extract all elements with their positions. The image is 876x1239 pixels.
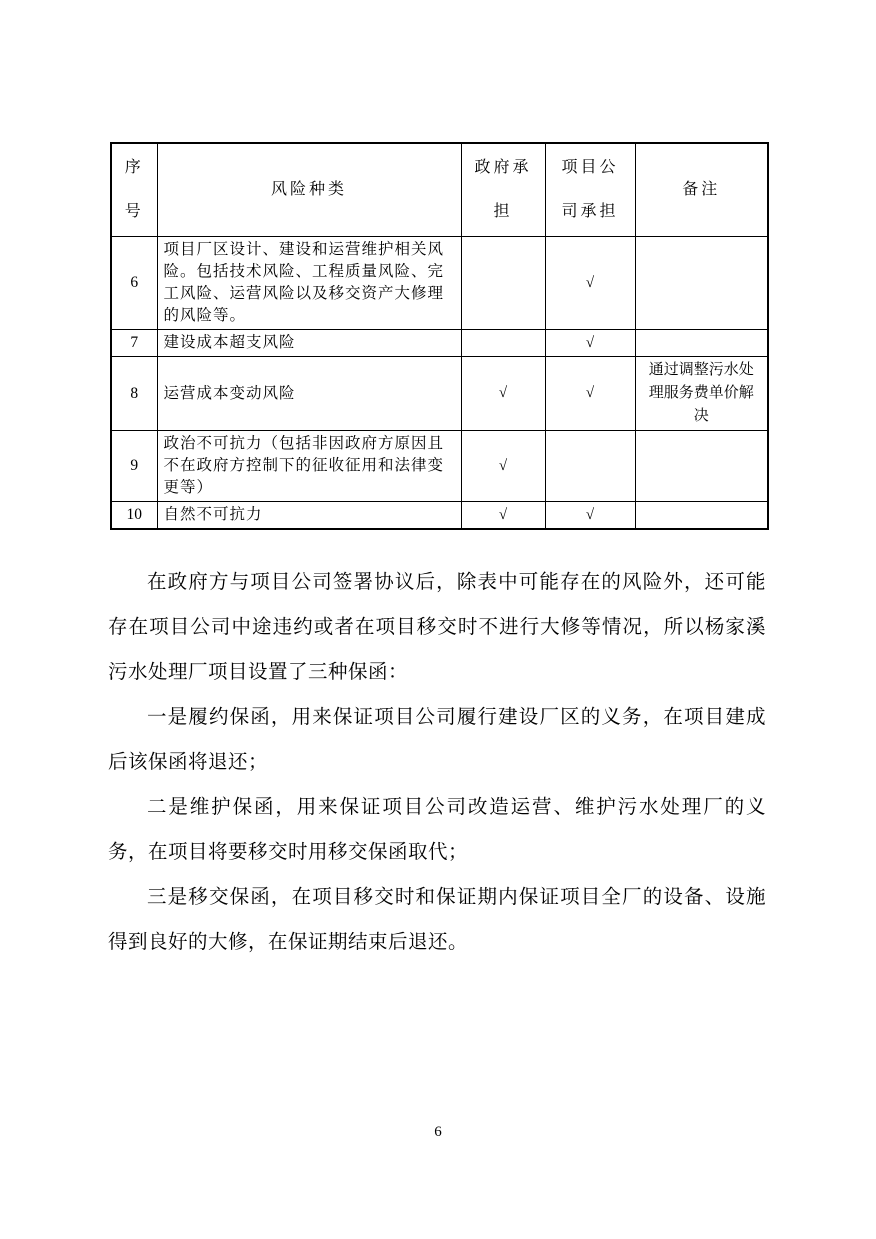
remarks-cell	[635, 431, 768, 502]
paragraph-performance-bond: 一是履约保函，用来保证项目公司履行建设厂区的义务，在项目建成后该保函将退还；	[108, 695, 766, 785]
company-bears-cell: √	[545, 357, 635, 431]
body-text: 在政府方与项目公司签署协议后，除表中可能存在的风险外，还可能存在项目公司中途违约…	[108, 560, 766, 965]
table-row: 7 建设成本超支风险 √	[111, 330, 768, 357]
col-header-government-bears: 政府承担	[461, 143, 545, 237]
government-bears-cell	[461, 237, 545, 330]
paragraph-handover-bond: 三是移交保函，在项目移交时和保证期内保证项目全厂的设备、设施得到良好的大修，在保…	[108, 875, 766, 965]
row-number-cell: 6	[111, 237, 157, 330]
paragraph-intro: 在政府方与项目公司签署协议后，除表中可能存在的风险外，还可能存在项目公司中途违约…	[108, 560, 766, 695]
table-row: 6 项目厂区设计、建设和运营维护相关风险。包括技术风险、工程质量风险、完工风险、…	[111, 237, 768, 330]
col-header-risk-type: 风险种类	[157, 143, 461, 237]
risk-type-cell: 运营成本变动风险	[157, 357, 461, 431]
government-bears-cell: √	[461, 431, 545, 502]
table-row: 10 自然不可抗力 √ √	[111, 502, 768, 530]
table-header-row: 序号 风险种类 政府承担 项目公司承担 备注	[111, 143, 768, 237]
risk-type-cell: 政治不可抗力（包括非因政府方原因且不在政府方控制下的征收征用和法律变更等）	[157, 431, 461, 502]
government-bears-cell: √	[461, 357, 545, 431]
row-number-cell: 9	[111, 431, 157, 502]
col-header-remarks: 备注	[635, 143, 768, 237]
company-bears-cell: √	[545, 502, 635, 530]
row-number-cell: 7	[111, 330, 157, 357]
company-bears-cell	[545, 431, 635, 502]
table-row: 8 运营成本变动风险 √ √ 通过调整污水处理服务费单价解决	[111, 357, 768, 431]
government-bears-cell: √	[461, 502, 545, 530]
paragraph-maintenance-bond: 二是维护保函，用来保证项目公司改造运营、维护污水处理厂的义务，在项目将要移交时用…	[108, 785, 766, 875]
risk-type-cell: 自然不可抗力	[157, 502, 461, 530]
government-bears-cell	[461, 330, 545, 357]
row-number-cell: 10	[111, 502, 157, 530]
remarks-cell: 通过调整污水处理服务费单价解决	[635, 357, 768, 431]
risk-type-cell: 项目厂区设计、建设和运营维护相关风险。包括技术风险、工程质量风险、完工风险、运营…	[157, 237, 461, 330]
page-number: 6	[0, 1124, 876, 1141]
table-row: 9 政治不可抗力（包括非因政府方原因且不在政府方控制下的征收征用和法律变更等） …	[111, 431, 768, 502]
col-header-number: 序号	[111, 143, 157, 237]
risk-type-cell: 建设成本超支风险	[157, 330, 461, 357]
risk-allocation-table: 序号 风险种类 政府承担 项目公司承担 备注 6 项目厂区设计、建设和运营维护相…	[110, 142, 769, 530]
row-number-cell: 8	[111, 357, 157, 431]
company-bears-cell: √	[545, 330, 635, 357]
company-bears-cell: √	[545, 237, 635, 330]
remarks-cell	[635, 502, 768, 530]
remarks-cell	[635, 330, 768, 357]
col-header-company-bears: 项目公司承担	[545, 143, 635, 237]
remarks-cell	[635, 237, 768, 330]
document-page: 序号 风险种类 政府承担 项目公司承担 备注 6 项目厂区设计、建设和运营维护相…	[0, 0, 876, 1239]
